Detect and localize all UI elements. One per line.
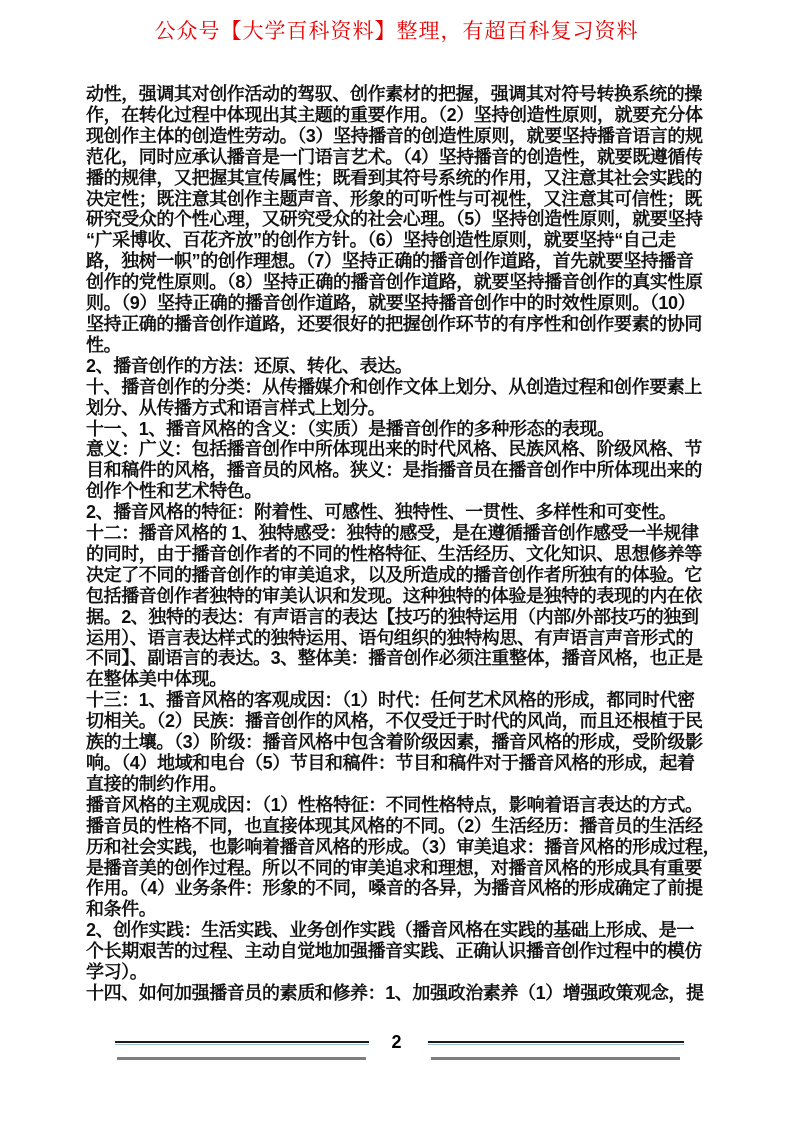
text-line: 现创作主体的创造性劳动。（3）坚持播音的创造性原则，就要坚持播音语言的规 — [86, 126, 714, 147]
text-line: 十、播音创作的分类：从传播媒介和创作文体上划分、从创造过程和创作要素上 — [86, 377, 714, 398]
text-line: 播音员的性格不同，也直接体现其风格的不同。（2）生活经历：播音员的生活经 — [86, 816, 714, 837]
text-line: 目和稿件的风格，播音员的风格。狭义：是指播音员在播音创作中所体现出来的 — [86, 460, 714, 481]
text-line: 和条件。 — [86, 899, 714, 920]
text-line: 切相关。（2）民族：播音创作的风格，不仅受迁于时代的风尚，而且还根植于民 — [86, 711, 714, 732]
text-line: 运用）、语言表达样式的独特运用、语句组织的独特构思、有声语言声音形式的 — [86, 628, 714, 649]
text-line: 作，在转化过程中体现出其主题的重要作用。（2）坚持创造性原则，就要充分体 — [86, 105, 714, 126]
text-line: 响。（4）地域和电台（5）节目和稿件：节目和稿件对于播音风格的形成，起着 — [86, 753, 714, 774]
text-line: 学习）。 — [86, 962, 714, 983]
text-line: 族的土壤。（3）阶级：播音风格中包含着阶级因素，播音风格的形成，受阶级影 — [86, 732, 714, 753]
text-line: 包括播音创作者独特的审美认识和发现。这种独特的体验是独特的表现的内在依 — [86, 586, 714, 607]
text-line: 坚持正确的播音创作道路，还要很好的把握创作环节的有序性和创作要素的协同 — [86, 314, 714, 335]
text-line: 意义：广义：包括播音创作中所体现出来的时代风格、民族风格、阶级风格、节 — [86, 439, 714, 460]
footer-thick-rule-right — [431, 1057, 680, 1060]
text-line: 决定性；既注意其创作主题声音、形象的可听性与可视性，又注意其可信性；既 — [86, 189, 714, 210]
text-line: 十二：播音风格的 1、独特感受：独特的感受，是在遵循播音创作感受一半规律 — [86, 523, 714, 544]
footer-thick-rule-left — [117, 1057, 366, 1060]
text-line: 作用。（4）业务条件：形象的不同，嗓音的各异，为播音风格的形成确定了前提 — [86, 878, 714, 899]
text-line: “广采博收、百花齐放”的创作方针。（6）坚持创造性原则，就要坚持“自己走 — [86, 230, 714, 251]
text-line: 创作的党性原则。（8）坚持正确的播音创作道路，就要坚持播音创作的真实性原 — [86, 272, 714, 293]
text-line: 直接的制约作用。 — [86, 774, 714, 795]
text-line: 动性，强调其对创作活动的驾驭、创作素材的把握，强调其对符号转换系统的操 — [86, 84, 714, 105]
text-line: 个长期艰苦的过程、主动自觉地加强播音实践、正确认识播音创作过程中的模仿 — [86, 941, 714, 962]
text-line: 性。 — [86, 335, 714, 356]
text-line: 2、创作实践：生活实践、业务创作实践（播音风格在实践的基础上形成、是一 — [86, 920, 714, 941]
text-line: 十四、如何加强播音员的素质和修养：1、加强政治素养（1）增强政策观念，提 — [86, 983, 714, 1004]
text-line: 据。2、独特的表达：有声语言的表达【技巧的独特运用（内部/外部技巧的独到 — [86, 607, 714, 628]
text-line: 十三：1、播音风格的客观成因：（1）时代：任何艺术风格的形成，都同时代密 — [86, 690, 714, 711]
text-line: 2、播音风格的特征：附着性、可感性、独特性、一贯性、多样性和可变性。 — [86, 502, 714, 523]
document-page: 公众号【大学百科资料】整理，有超百科复习资料 动性，强调其对创作活动的驾驭、创作… — [0, 0, 793, 1122]
text-line: 路，独树一帜”的创作理想。（7）坚持正确的播音创作道路，首先就要坚持播音 — [86, 251, 714, 272]
text-line: 2、播音创作的方法：还原、转化、表达。 — [86, 356, 714, 377]
text-line: 是播音美的创作过程。所以不同的审美追求和理想，对播音风格的形成具有重要 — [86, 858, 714, 879]
page-number: 2 — [0, 1032, 793, 1053]
text-line: 的同时，由于播音创作者的不同的性格特征、生活经历、文化知识、思想修养等 — [86, 544, 714, 565]
text-line: 创作个性和艺术特色。 — [86, 481, 714, 502]
text-line: 播音风格的主观成因：（1）性格特征：不同性格特点，影响着语言表达的方式。 — [86, 795, 714, 816]
text-line: 十一、1、播音风格的含义：（实质）是播音创作的多种形态的表现。 — [86, 419, 714, 440]
page-header-watermark: 公众号【大学百科资料】整理，有超百科复习资料 — [0, 15, 793, 45]
text-line: 历和社会实践，也影响着播音风格的形成。（3）审美追求：播音风格的形成过程， — [86, 837, 714, 858]
text-line: 则。（9）坚持正确的播音创作道路，就要坚持播音创作中的时效性原则。（10） — [86, 293, 714, 314]
text-line: 划分、从传播方式和语言样式上划分。 — [86, 398, 714, 419]
text-line: 决定了不同的播音创作的审美追求，以及所造成的播音创作者所独有的体验。它 — [86, 565, 714, 586]
text-line: 在整体美中体现。 — [86, 669, 714, 690]
text-line: 范化，同时应承认播音是一门语言艺术。（4）坚持播音的创造性，就要既遵循传 — [86, 147, 714, 168]
document-body-text: 动性，强调其对创作活动的驾驭、创作素材的把握，强调其对符号转换系统的操作，在转化… — [86, 84, 714, 1004]
text-line: 播的规律，又把握其宣传属性；既看到其符号系统的作用，又注意其社会实践的 — [86, 168, 714, 189]
text-line: 不同】、副语言的表达。3、整体美：播音创作必须注重整体，播音风格，也正是 — [86, 648, 714, 669]
text-line: 研究受众的个性心理，又研究受众的社会心理。（5）坚持创造性原则，就要坚持 — [86, 209, 714, 230]
